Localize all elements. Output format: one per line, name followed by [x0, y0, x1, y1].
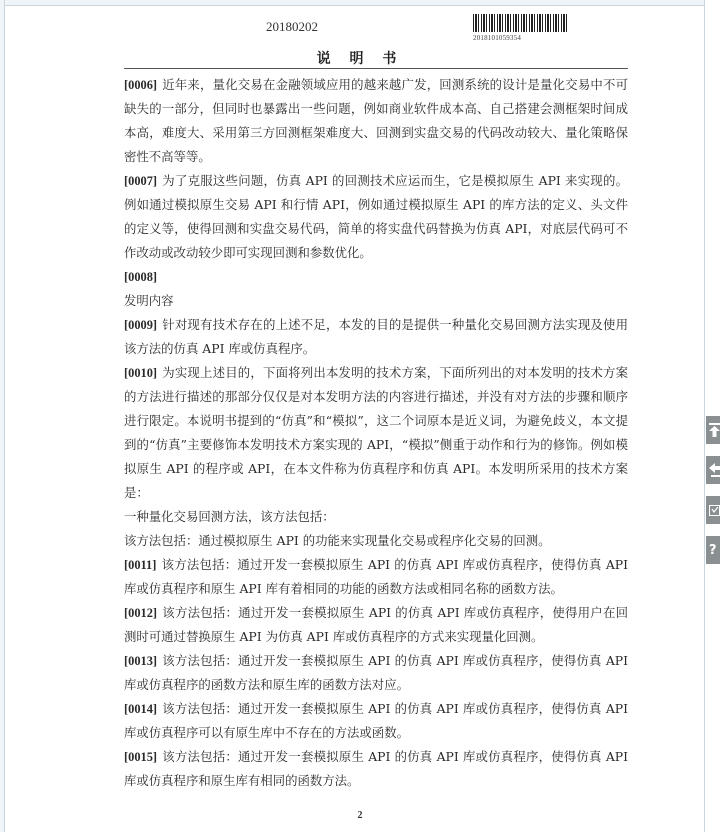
- paragraph-number: [0015]: [124, 750, 157, 764]
- back-to-top-icon: [709, 423, 720, 437]
- document-body: [0006]近年来，量化交易在金融领域应用的越来越广发，回测系统的设计是量化交易…: [124, 73, 628, 793]
- paragraph-text: 该方法包括：通过开发一套模拟原生 API 的仿真 API 库或仿真程序，使得用户…: [124, 605, 628, 644]
- paragraph-number: [0008]: [124, 270, 157, 284]
- page-number: 2: [0, 810, 720, 821]
- page-title: 说 明 书: [0, 48, 720, 68]
- paragraph-text: 该方法包括：通过模拟原生 API 的功能来实现量化交易或程序化交易的回测。: [124, 533, 551, 548]
- previous-page-icon: [709, 462, 720, 478]
- paragraph: [0008]: [124, 265, 628, 289]
- paragraph-text: 该方法包括：通过开发一套模拟原生 API 的仿真 API 库或仿真程序，使得仿真…: [124, 749, 628, 788]
- paragraph-text: 该方法包括：通过开发一套模拟原生 API 的仿真 API 库或仿真程序，使得仿真…: [124, 557, 628, 596]
- barcode: [473, 14, 569, 32]
- paragraph: [0007]为了克服这些问题，仿真 API 的回测技术应运而生，它是模拟原生 A…: [124, 169, 628, 265]
- paragraph: [0014]该方法包括：通过开发一套模拟原生 API 的仿真 API 库或仿真程…: [124, 697, 628, 745]
- previous-page-button[interactable]: [706, 456, 720, 484]
- paragraph: [0015]该方法包括：通过开发一套模拟原生 API 的仿真 API 库或仿真程…: [124, 745, 628, 793]
- paragraph: [0006]近年来，量化交易在金融领域应用的越来越广发，回测系统的设计是量化交易…: [124, 73, 628, 169]
- application-number: 2018101059354: [473, 34, 521, 42]
- paragraph: 一种量化交易回测方法，该方法包括：: [124, 505, 628, 529]
- paragraph-number: [0009]: [124, 318, 157, 332]
- paragraph-number: [0011]: [124, 558, 156, 572]
- paragraph: [0011]该方法包括：通过开发一套模拟原生 API 的仿真 API 库或仿真程…: [124, 553, 628, 601]
- paragraph-text: 近年来，量化交易在金融领域应用的越来越广发，回测系统的设计是量化交易中不可缺失的…: [124, 77, 628, 164]
- paragraph-number: [0007]: [124, 174, 157, 188]
- paragraph: [0012]该方法包括：通过开发一套模拟原生 API 的仿真 API 库或仿真程…: [124, 601, 628, 649]
- paragraph-text: 针对现有技术存在的上述不足，本发的目的是提供一种量化交易回测方法实现及使用该方法…: [124, 317, 628, 356]
- paragraph: [0009]针对现有技术存在的上述不足，本发的目的是提供一种量化交易回测方法实现…: [124, 313, 628, 361]
- paragraph: [0013]该方法包括：通过开发一套模拟原生 API 的仿真 API 库或仿真程…: [124, 649, 628, 697]
- feedback-icon: [709, 505, 720, 516]
- paragraph-text: 该方法包括：通过开发一套模拟原生 API 的仿真 API 库或仿真程序，使得仿真…: [124, 653, 628, 692]
- help-button[interactable]: ?: [706, 536, 720, 564]
- paragraph-text: 一种量化交易回测方法，该方法包括：: [124, 509, 335, 524]
- document-viewer: 20180202 2018101059354 说 明 书 [0006]近年来，量…: [0, 0, 720, 832]
- help-icon: ?: [709, 543, 717, 558]
- paragraph-number: [0012]: [124, 606, 157, 620]
- section-heading: 发明内容: [124, 289, 628, 313]
- paragraph-number: [0006]: [124, 78, 157, 92]
- back-to-top-button[interactable]: [706, 416, 720, 444]
- paragraph-text: 为了克服这些问题，仿真 API 的回测技术应运而生，它是模拟原生 API 来实现…: [124, 173, 628, 260]
- feedback-button[interactable]: [706, 496, 720, 524]
- paragraph: [0010]为实现上述目的，下面将列出本发明的技术方案，下面所列出的对本发明的技…: [124, 361, 628, 505]
- publication-date: 20180202: [266, 19, 318, 35]
- side-toolbar: ?: [706, 416, 720, 576]
- section-heading-text: 发明内容: [124, 293, 174, 308]
- paragraph-number: [0010]: [124, 366, 157, 380]
- paragraph: 该方法包括：通过模拟原生 API 的功能来实现量化交易或程序化交易的回测。: [124, 529, 628, 553]
- title-divider: [124, 68, 628, 69]
- paragraph-number: [0013]: [124, 654, 157, 668]
- paragraph-number: [0014]: [124, 702, 157, 716]
- paragraph-text: 该方法包括：通过开发一套模拟原生 API 的仿真 API 库或仿真程序，使得仿真…: [124, 701, 628, 740]
- paragraph-text: 为实现上述目的，下面将列出本发明的技术方案，下面所列出的对本发明的技术方案的方法…: [124, 365, 628, 500]
